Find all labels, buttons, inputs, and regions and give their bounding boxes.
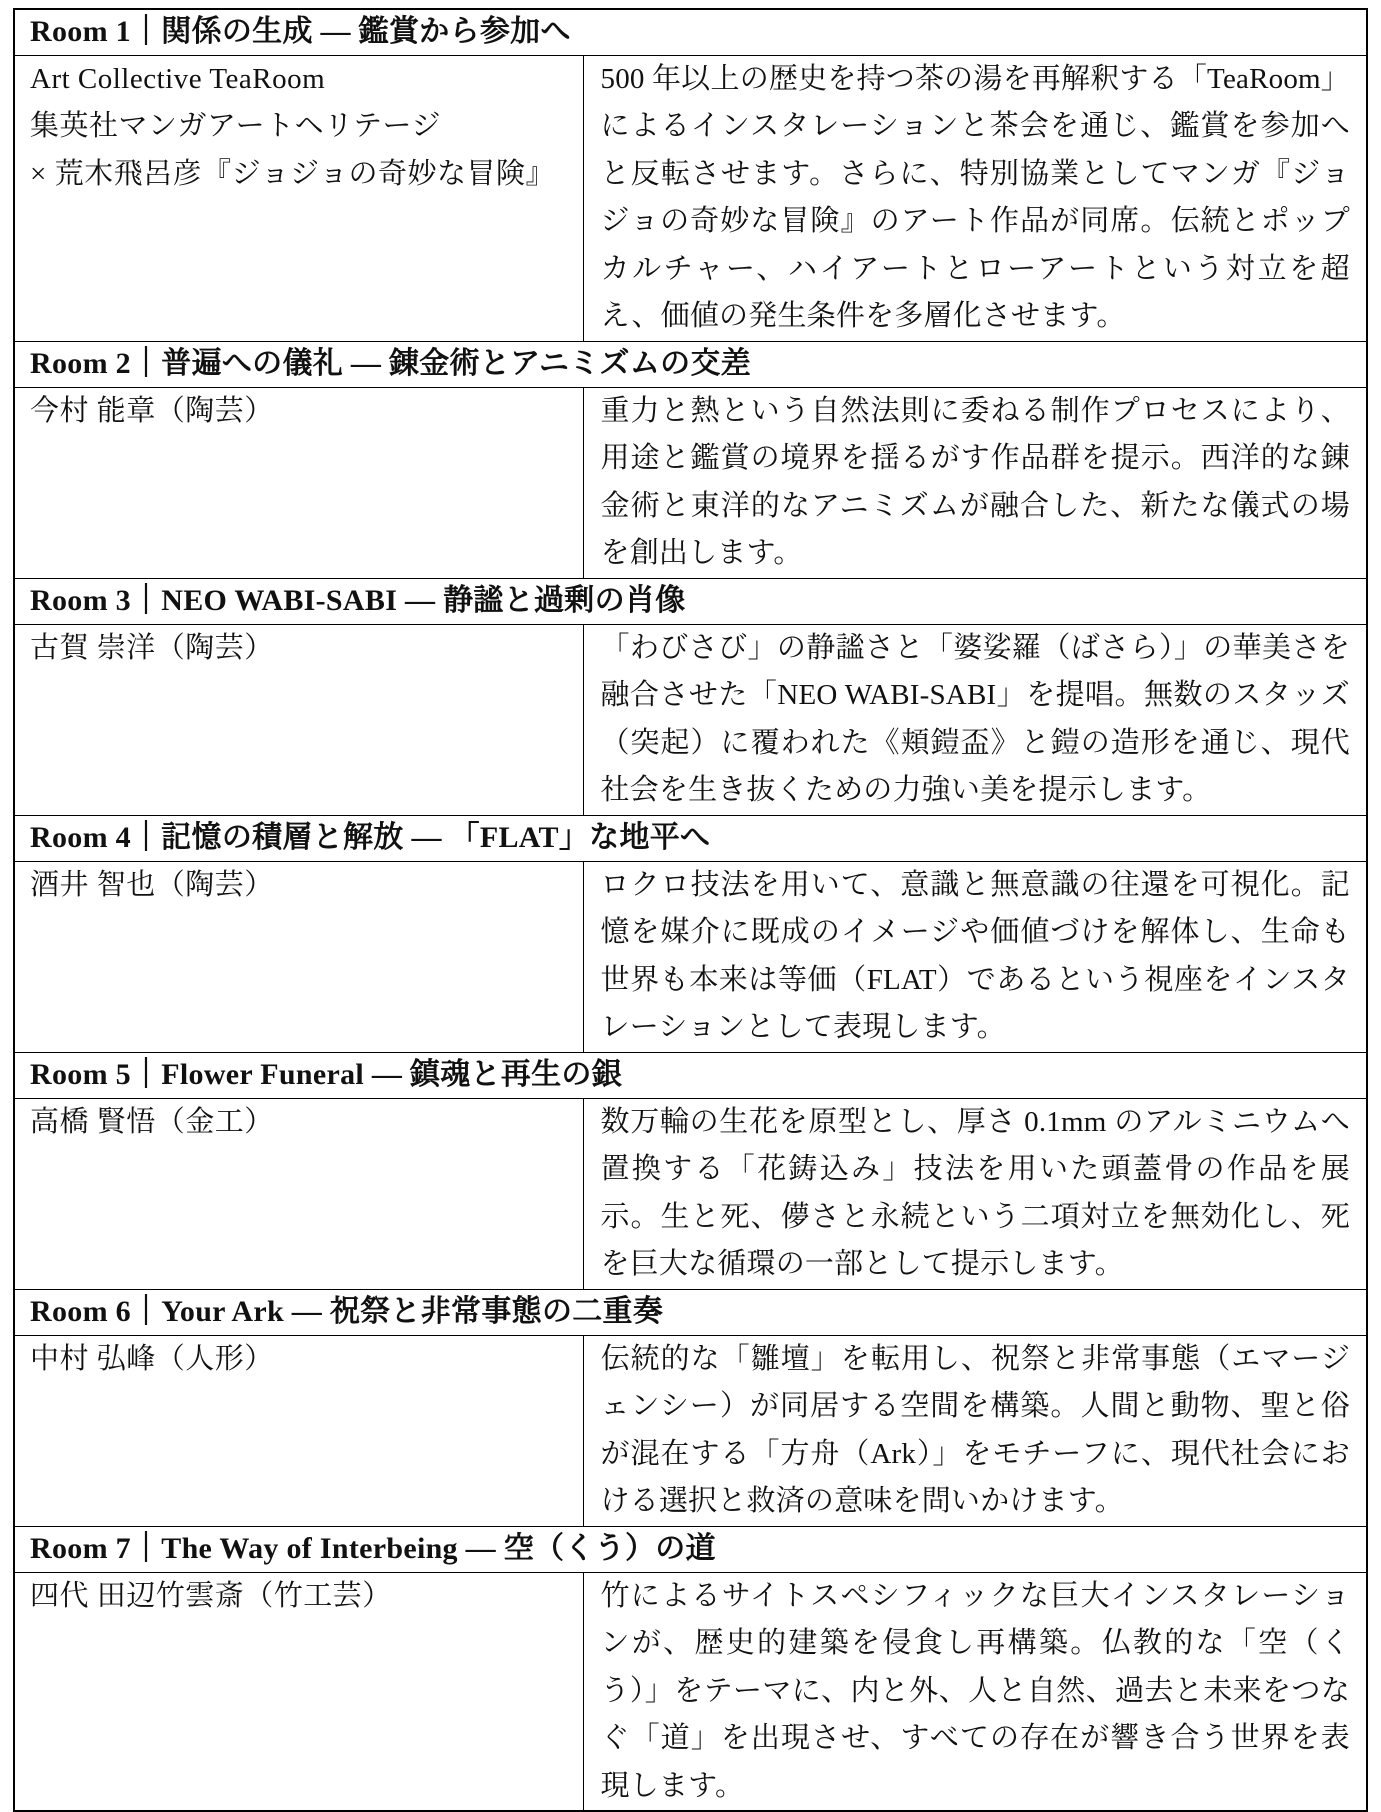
room-7-artist: 四代 田辺竹雲斎（竹工芸）: [14, 1572, 583, 1811]
room-2-header-row: Room 2｜普遍への儀礼 — 錬金術とアニミズムの交差: [14, 341, 1367, 387]
room-6-header-row: Room 6｜Your Ark — 祝祭と非常事態の二重奏: [14, 1289, 1367, 1335]
room-3-artist: 古賀 崇洋（陶芸）: [14, 624, 583, 815]
room-2-body-row: 今村 能章（陶芸） 重力と熱という自然法則に委ねる制作プロセスにより、用途と鑑賞…: [14, 387, 1367, 578]
room-4-title: Room 4｜記憶の積層と解放 — 「FLAT」な地平へ: [14, 815, 1367, 861]
room-5-description: 数万輪の生花を原型とし、厚さ 0.1mm のアルミニウムへ置換する「花鋳込み」技…: [583, 1098, 1367, 1289]
room-3-title: Room 3｜NEO WABI-SABI — 静謐と過剰の肖像: [14, 578, 1367, 624]
room-3-body-row: 古賀 崇洋（陶芸） 「わびさび」の静謐さと「婆娑羅（ばさら）」の華美さを融合させ…: [14, 624, 1367, 815]
room-4-description: ロクロ技法を用いて、意識と無意識の往還を可視化。記憶を媒介に既成のイメージや価値…: [583, 861, 1367, 1052]
room-1-body-row: Art Collective TeaRoom 集英社マンガアートヘリテージ × …: [14, 55, 1367, 341]
room-1-description: 500 年以上の歴史を持つ茶の湯を再解釈する「TeaRoom」によるインスタレー…: [583, 55, 1367, 341]
room-7-body-row: 四代 田辺竹雲斎（竹工芸） 竹によるサイトスペシフィックな巨大インスタレーション…: [14, 1572, 1367, 1811]
room-6-description: 伝統的な「雛壇」を転用し、祝祭と非常事態（エマージェンシー）が同居する空間を構築…: [583, 1335, 1367, 1526]
room-1-header-row: Room 1｜関係の生成 — 鑑賞から参加へ: [14, 9, 1367, 55]
room-4-artist: 酒井 智也（陶芸）: [14, 861, 583, 1052]
room-7-title: Room 7｜The Way of Interbeing — 空（くう）の道: [14, 1526, 1367, 1572]
room-6-title: Room 6｜Your Ark — 祝祭と非常事態の二重奏: [14, 1289, 1367, 1335]
room-3-header-row: Room 3｜NEO WABI-SABI — 静謐と過剰の肖像: [14, 578, 1367, 624]
room-4-header-row: Room 4｜記憶の積層と解放 — 「FLAT」な地平へ: [14, 815, 1367, 861]
room-7-description: 竹によるサイトスペシフィックな巨大インスタレーションが、歴史的建築を侵食し再構築…: [583, 1572, 1367, 1811]
room-1-artist: Art Collective TeaRoom 集英社マンガアートヘリテージ × …: [14, 55, 583, 341]
room-5-header-row: Room 5｜Flower Funeral — 鎮魂と再生の銀: [14, 1052, 1367, 1098]
exhibition-rooms-table: Room 1｜関係の生成 — 鑑賞から参加へ Art Collective Te…: [13, 8, 1368, 1812]
room-6-artist: 中村 弘峰（人形）: [14, 1335, 583, 1526]
room-6-body-row: 中村 弘峰（人形） 伝統的な「雛壇」を転用し、祝祭と非常事態（エマージェンシー）…: [14, 1335, 1367, 1526]
room-4-body-row: 酒井 智也（陶芸） ロクロ技法を用いて、意識と無意識の往還を可視化。記憶を媒介に…: [14, 861, 1367, 1052]
room-2-artist: 今村 能章（陶芸）: [14, 387, 583, 578]
room-5-body-row: 高橋 賢悟（金工） 数万輪の生花を原型とし、厚さ 0.1mm のアルミニウムへ置…: [14, 1098, 1367, 1289]
room-7-header-row: Room 7｜The Way of Interbeing — 空（くう）の道: [14, 1526, 1367, 1572]
room-1-title: Room 1｜関係の生成 — 鑑賞から参加へ: [14, 9, 1367, 55]
room-5-title: Room 5｜Flower Funeral — 鎮魂と再生の銀: [14, 1052, 1367, 1098]
room-2-description: 重力と熱という自然法則に委ねる制作プロセスにより、用途と鑑賞の境界を揺るがす作品…: [583, 387, 1367, 578]
room-2-title: Room 2｜普遍への儀礼 — 錬金術とアニミズムの交差: [14, 341, 1367, 387]
room-5-artist: 高橋 賢悟（金工）: [14, 1098, 583, 1289]
room-3-description: 「わびさび」の静謐さと「婆娑羅（ばさら）」の華美さを融合させた「NEO WABI…: [583, 624, 1367, 815]
